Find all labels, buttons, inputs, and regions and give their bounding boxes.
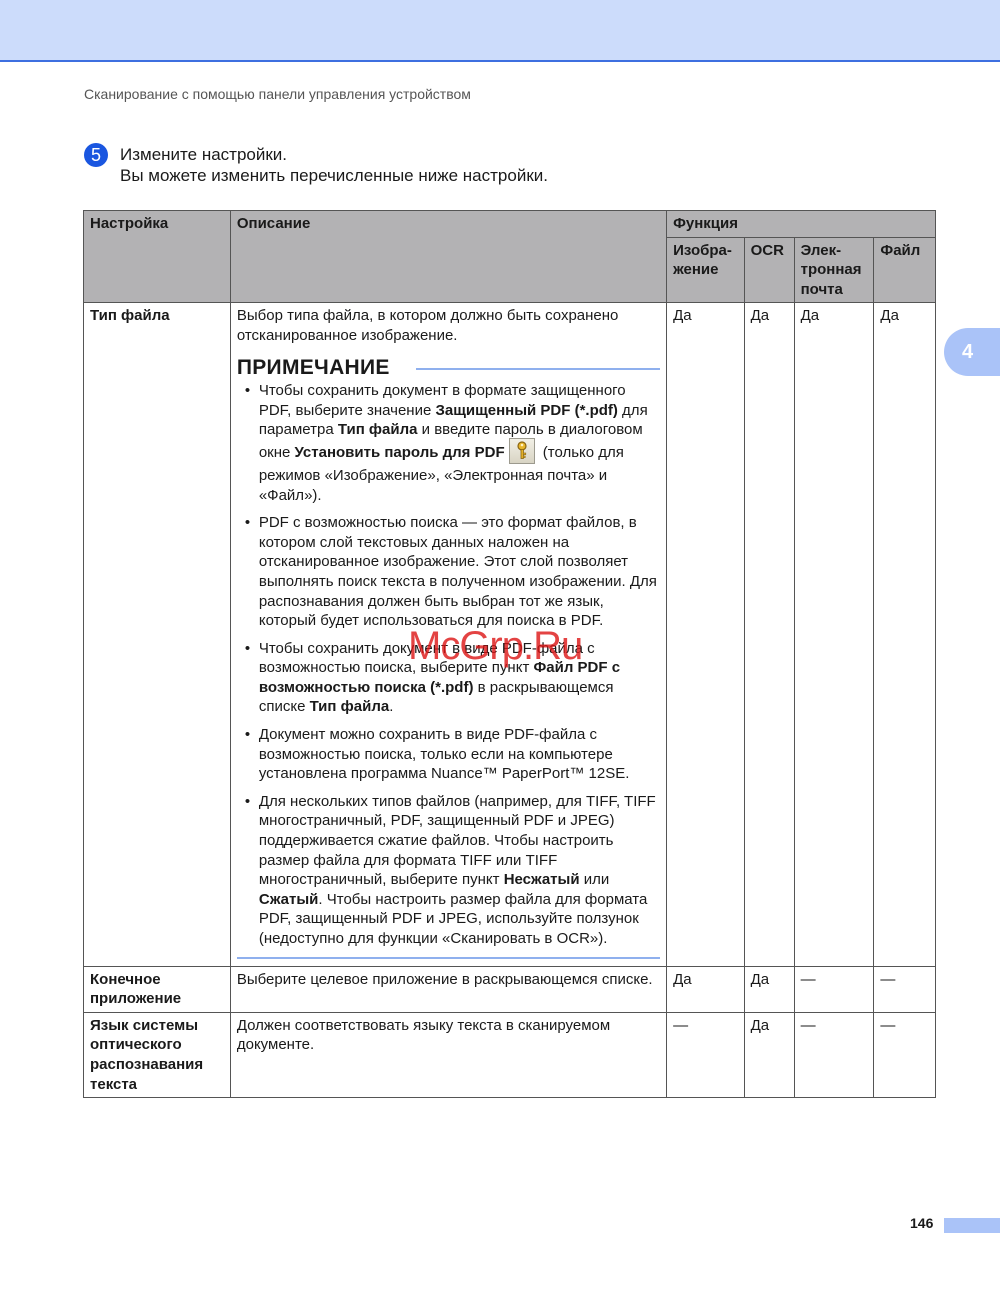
description-target-app: Выберите целевое приложение в раскрывающ… — [230, 966, 666, 1012]
note-list: Чтобы сохранить документ в формате защищ… — [237, 381, 660, 948]
cell-ocr: Да — [744, 1012, 794, 1097]
header-description: Описание — [230, 211, 666, 303]
table-row: Язык системы оптического распознавания т… — [84, 1012, 936, 1097]
step-number-badge: 5 — [84, 143, 108, 167]
header-band — [0, 0, 1000, 62]
note-title: ПРИМЕЧАНИЕ — [237, 358, 390, 378]
cell-ocr: Да — [744, 303, 794, 966]
header-ocr: OCR — [744, 237, 794, 303]
note-bottom-divider — [237, 957, 660, 959]
key-icon — [509, 438, 535, 464]
cell-email: — — [794, 966, 874, 1012]
note-item: Для нескольких типов файлов (например, д… — [259, 792, 660, 949]
note-item: PDF с возможностью поиска — это формат ф… — [259, 513, 660, 631]
chapter-tab: 4 — [944, 328, 1000, 376]
cell-image: — — [667, 1012, 745, 1097]
settings-table: Настройка Описание Функция Изобра-жение … — [83, 210, 936, 1098]
header-file: Файл — [874, 237, 936, 303]
cell-file: — — [874, 966, 936, 1012]
cell-image: Да — [667, 303, 745, 966]
note-item: Чтобы сохранить документ в формате защищ… — [259, 381, 660, 505]
description-text: Выбор типа файла, в котором должно быть … — [237, 306, 660, 345]
cell-image: Да — [667, 966, 745, 1012]
cell-email: Да — [794, 303, 874, 966]
step-subtitle: Вы можете изменить перечисленные ниже на… — [120, 166, 548, 186]
page-number: 146 — [910, 1215, 933, 1231]
header-email: Элек-троннаяпочта — [794, 237, 874, 303]
note-divider — [416, 368, 660, 370]
table-row: Тип файла Выбор типа файла, в котором до… — [84, 303, 936, 966]
header-setting: Настройка — [84, 211, 231, 303]
description-ocr-language: Должен соответствовать языку текста в ск… — [230, 1012, 666, 1097]
header-image: Изобра-жение — [667, 237, 745, 303]
cell-email: — — [794, 1012, 874, 1097]
step-title: Измените настройки. — [120, 145, 287, 165]
setting-target-app: Конечное приложение — [84, 966, 231, 1012]
note-header: ПРИМЕЧАНИЕ — [237, 358, 660, 378]
description-file-type: Выбор типа файла, в котором должно быть … — [230, 303, 666, 966]
note-item: Документ можно сохранить в виде PDF-файл… — [259, 725, 660, 784]
cell-file: — — [874, 1012, 936, 1097]
table-header-row: Настройка Описание Функция — [84, 211, 936, 238]
breadcrumb: Сканирование с помощью панели управления… — [84, 86, 471, 102]
page-number-bar — [944, 1218, 1000, 1233]
setting-ocr-language: Язык системы оптического распознавания т… — [84, 1012, 231, 1097]
note-item: Чтобы сохранить документ в виде PDF-файл… — [259, 639, 660, 717]
table-row: Конечное приложение Выберите целевое при… — [84, 966, 936, 1012]
cell-file: Да — [874, 303, 936, 966]
setting-file-type: Тип файла — [84, 303, 231, 966]
cell-ocr: Да — [744, 966, 794, 1012]
header-function: Функция — [667, 211, 936, 238]
